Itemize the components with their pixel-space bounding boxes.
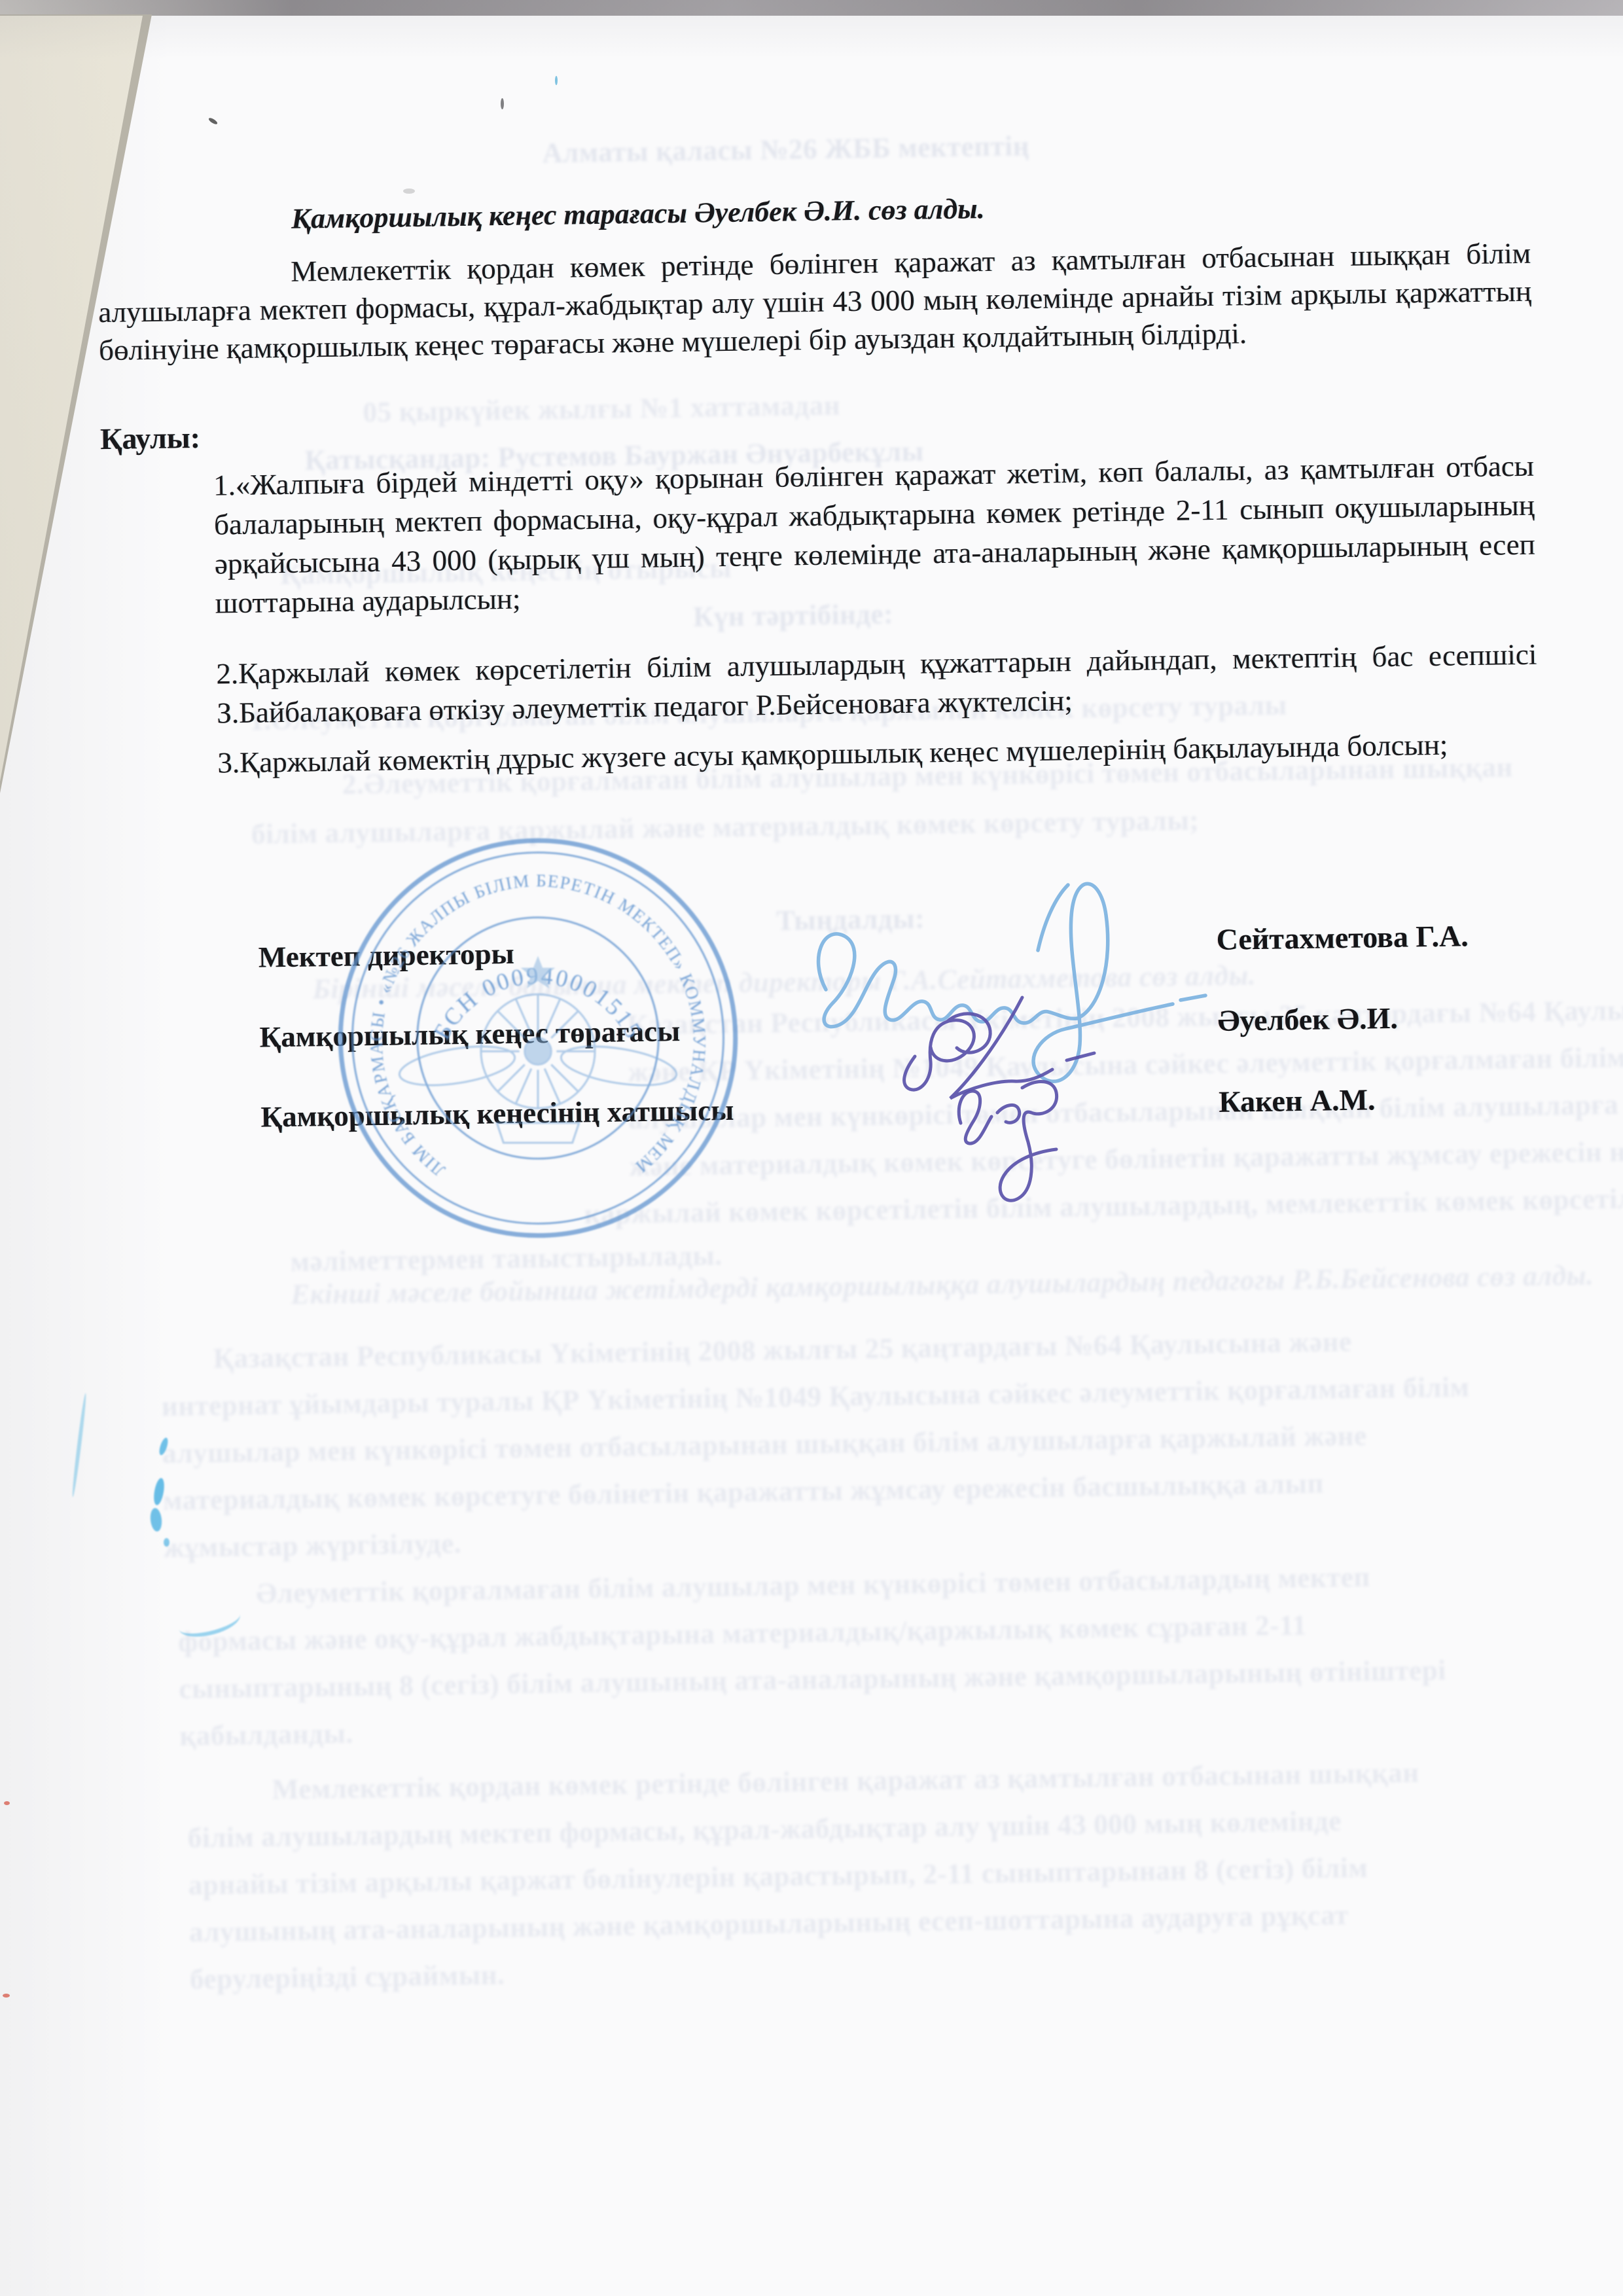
bleedthrough-line: алушылар мен күнкөрісі төмен отбасыларын… bbox=[628, 1087, 1623, 1136]
red-speck bbox=[3, 1994, 10, 1998]
red-speck bbox=[4, 1801, 10, 1805]
bleedthrough-line: материалдық көмек көрсетуге бөлінетін қа… bbox=[163, 1468, 1324, 1517]
bleedthrough-line: сыныптарының 8 (сегіз) білім алушының ат… bbox=[179, 1655, 1446, 1706]
bleedthrough-line: қабылданды. bbox=[179, 1718, 353, 1753]
bleedthrough-line: білім алушылардың мектеп формасы, құрал-… bbox=[187, 1805, 1342, 1854]
bleedthrough-line: және материалдық көмек көрсетуге бөлінет… bbox=[629, 1134, 1623, 1183]
bleedthrough-line: Алматы қаласы №26 ЖББ мектептің bbox=[542, 130, 1029, 170]
bleedthrough-line: алушылар мен күнкөрісі төмен отбасыларын… bbox=[162, 1420, 1367, 1470]
bleedthrough-line: жұмыстар жүргізілуде. bbox=[164, 1528, 461, 1564]
resolution-title: Қаулы: bbox=[100, 419, 201, 458]
resolution-item-2: 2.Қаржылай көмек көрсетілетін білім алуш… bbox=[216, 635, 1538, 733]
signatory-name-chairman: Әуелбек Ә.И. bbox=[1217, 1001, 1398, 1038]
bleedthrough-line: арнайы тізім арқылы қаржат бөлінулерін қ… bbox=[188, 1852, 1368, 1902]
ink-dot bbox=[555, 76, 558, 85]
bleedthrough-line: Қазақстан Республикасы Үкіметінің 2008 ж… bbox=[213, 1326, 1352, 1375]
bleedthrough-layer: Алматы қаласы №26 ЖББ мектептің 05 қыркү… bbox=[0, 0, 1613, 3]
resolution-item-1: 1.«Жалпыға бірдей міндетті оқу» қорынан … bbox=[213, 446, 1536, 623]
debris-speck bbox=[403, 188, 415, 194]
bleedthrough-line: Тыңдалды: bbox=[776, 903, 925, 937]
signature-block: Мектеп директоры Сейтахметова Г.А. Қамқо… bbox=[0, 0, 1613, 3]
scanned-document-page: Алматы қаласы №26 ЖББ мектептің 05 қыркү… bbox=[0, 0, 1623, 2296]
ink-smudge bbox=[164, 1538, 169, 1547]
printed-content: Алматы қаласы №26 ЖББ мектептің 05 қыркү… bbox=[0, 0, 1623, 2296]
intro-paragraph: Мемлекеттік қордан көмек ретінде бөлінге… bbox=[98, 234, 1532, 369]
bleedthrough-line: берулеріңізді сұраймын. bbox=[190, 1959, 505, 1996]
speaker-heading: Қамқоршылық кеңес тарағасы Әуелбек Ә.И. … bbox=[291, 190, 985, 238]
bleedthrough-line: 05 қыркүйек жылғы №1 хаттамадан bbox=[363, 389, 840, 429]
bleedthrough-line: Мемлекеттік қордан көмек ретінде бөлінге… bbox=[272, 1757, 1419, 1806]
signatory-name-secretary: Какен А.М. bbox=[1219, 1082, 1376, 1119]
school-round-stamp-icon: АЛМАТЫ ҚАЛАСЫ БІЛІМ БАСҚАРМАСЫ • «№26 ЖА… bbox=[326, 826, 750, 1250]
bleedthrough-line: алушының ата-аналарының және қамқоршылар… bbox=[189, 1899, 1349, 1948]
bleedthrough-line: формасы және оқу-құрал жабдықтарына мате… bbox=[178, 1609, 1307, 1659]
bleedthrough-line: Әлеуметтік қорғалмаған білім алушылар ме… bbox=[256, 1562, 1370, 1610]
bleedthrough-line: интернат ұйымдары туралы ҚР Үкіметінің №… bbox=[162, 1371, 1470, 1423]
bleedthrough-line: Қазақстан Республикасы Үкіметінің 2008 ж… bbox=[627, 994, 1623, 1041]
bleedthrough-line: және ҚР Үкіметінің №1049 Қаулысына сәйке… bbox=[628, 1042, 1623, 1089]
debris-speck bbox=[501, 98, 504, 109]
signatory-name-director: Сейтахметова Г.А. bbox=[1216, 918, 1469, 957]
